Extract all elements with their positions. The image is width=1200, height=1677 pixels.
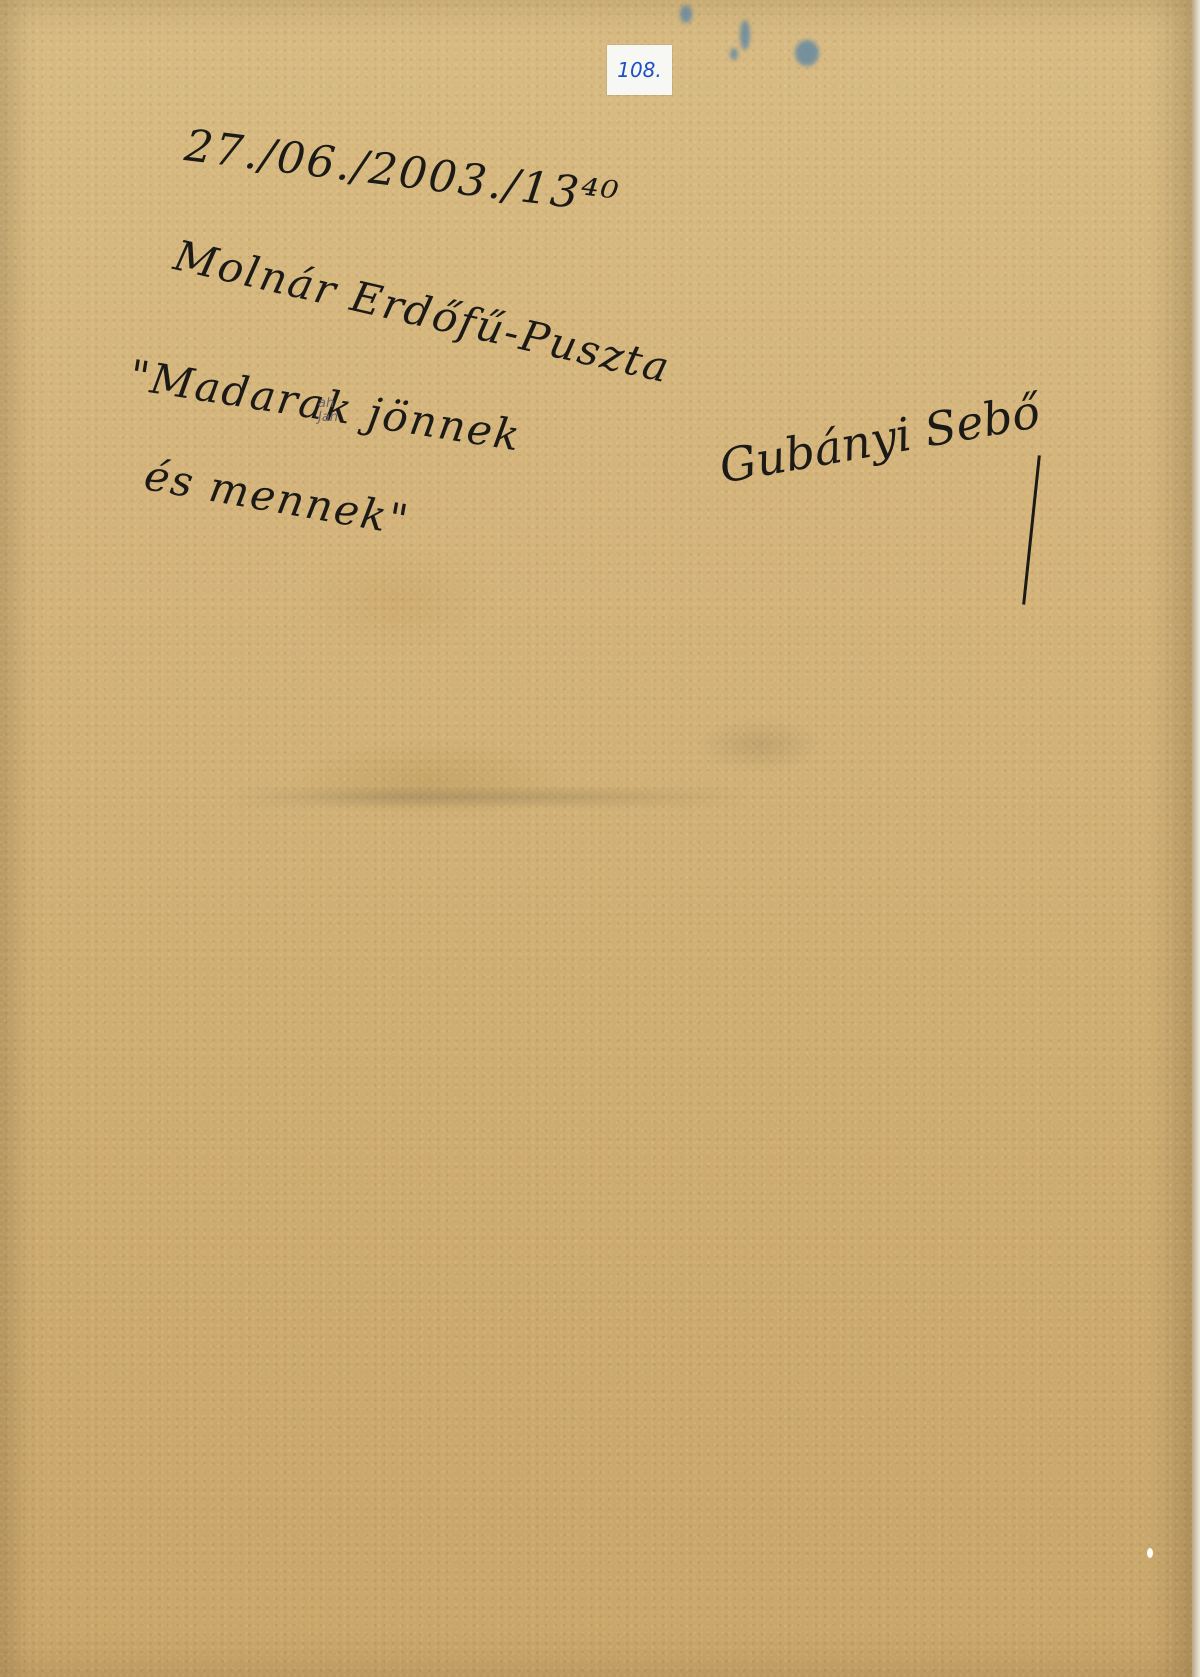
blue-paint-spot <box>680 5 692 23</box>
inventory-number-label: 108. <box>607 45 672 95</box>
blue-paint-spot <box>740 20 750 50</box>
blue-paint-spot <box>795 40 819 66</box>
cardboard-back: 108. 27./06./2003./13⁴⁰ Molnár Erdőfű-Pu… <box>0 0 1192 1677</box>
blue-paint-spot <box>730 48 738 60</box>
white-speck <box>1147 1548 1153 1558</box>
board-edge <box>1192 0 1200 1677</box>
inventory-number: 108. <box>617 58 662 82</box>
stain-mark <box>230 790 750 804</box>
pencil-annotation: ah Jan <box>318 397 338 425</box>
